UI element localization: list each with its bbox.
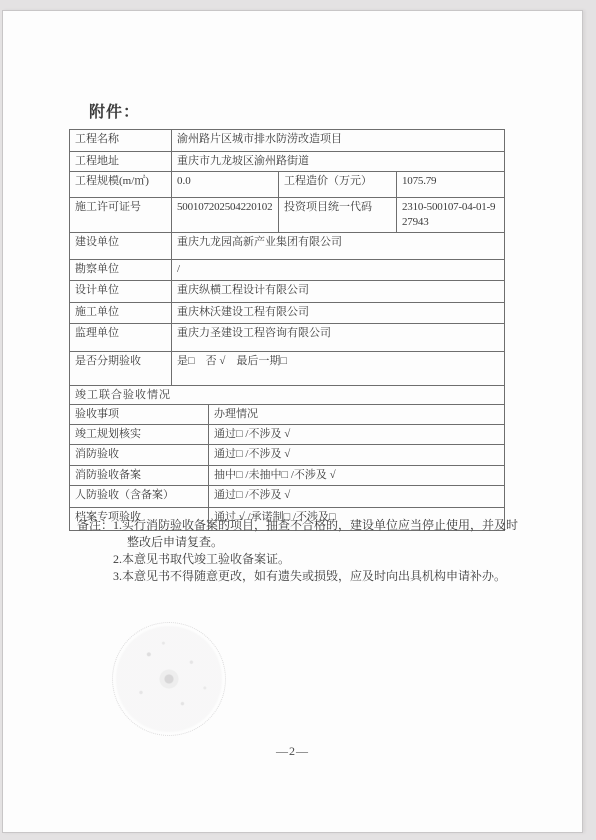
acceptance-item: 人防验收（含备案）	[70, 485, 209, 507]
table-row: 工程规模(m/㎡) 0.0 工程造价（万元） 1075.79	[70, 171, 505, 197]
table-header-row: 验收事项 办理情况	[70, 405, 505, 425]
notes-list: 1.实行消防验收备案的项目，抽查不合格的，建设单位应当停止使用，并及时整改后申请…	[113, 517, 529, 585]
acceptance-status-checkboxes: 通过□ /不涉及 √	[209, 485, 505, 507]
row-label: 工程名称	[70, 130, 172, 152]
row-value: 0.0	[172, 171, 279, 197]
row-label: 设计单位	[70, 280, 172, 302]
note-item: 3.本意见书不得随意更改，如有遗失或损毁，应及时向出具机构申请补办。	[113, 568, 529, 585]
row-label: 是否分期验收	[70, 351, 172, 385]
page-number: —2—	[3, 744, 582, 759]
table-row: 监理单位 重庆力圣建设工程咨询有限公司	[70, 323, 505, 351]
row-value: /	[172, 259, 505, 280]
notes-block: 备注： 1.实行消防验收备案的项目，抽查不合格的，建设单位应当停止使用，并及时整…	[77, 517, 529, 585]
table-row: 工程地址 重庆市九龙坡区渝州路街道	[70, 152, 505, 172]
acceptance-item: 竣工规划核实	[70, 425, 209, 445]
table-row: 设计单位 重庆纵横工程设计有限公司	[70, 280, 505, 302]
row-value: 重庆市九龙坡区渝州路街道	[172, 152, 505, 172]
attachment-label: 附件：	[89, 99, 140, 122]
acceptance-status-checkboxes: 通过□ /不涉及 √	[209, 445, 505, 466]
row-value: 渝州路片区城市排水防涝改造项目	[172, 130, 505, 152]
row-label: 投资项目统一代码	[279, 197, 397, 232]
table-row: 施工单位 重庆林沃建设工程有限公司	[70, 302, 505, 323]
table-row: 人防验收（含备案） 通过□ /不涉及 √	[70, 485, 505, 507]
acceptance-status-checkboxes: 抽中□ /未抽中□ /不涉及 √	[209, 466, 505, 486]
row-label: 工程造价（万元）	[279, 171, 397, 197]
table-row: 消防验收 通过□ /不涉及 √	[70, 445, 505, 466]
table-row: 建设单位 重庆九龙园高新产业集团有限公司	[70, 232, 505, 259]
acceptance-item: 消防验收	[70, 445, 209, 466]
row-value: 重庆纵横工程设计有限公司	[172, 280, 505, 302]
row-label: 勘察单位	[70, 259, 172, 280]
joint-acceptance-section-title: 竣工联合验收情况	[70, 385, 505, 405]
table-row: 施工许可证号 500107202504220102 投资项目统一代码 2310-…	[70, 197, 505, 232]
column-header-status: 办理情况	[209, 405, 505, 425]
column-header-item: 验收事项	[70, 405, 209, 425]
row-label: 施工单位	[70, 302, 172, 323]
acceptance-item: 消防验收备案	[70, 466, 209, 486]
row-label: 施工许可证号	[70, 197, 172, 232]
acceptance-status-checkboxes: 通过□ /不涉及 √	[209, 425, 505, 445]
row-value: 500107202504220102	[172, 197, 279, 232]
table-row: 是否分期验收 是□ 否 √ 最后一期□	[70, 351, 505, 385]
note-item: 1.实行消防验收备案的项目，抽查不合格的，建设单位应当停止使用，并及时整改后申请…	[113, 517, 529, 551]
row-value: 2310-500107-04-01-927943	[397, 197, 505, 232]
row-value: 重庆九龙园高新产业集团有限公司	[172, 232, 505, 259]
phased-acceptance-checkboxes: 是□ 否 √ 最后一期□	[172, 351, 505, 385]
faint-round-seal-stamp	[112, 622, 226, 736]
row-label: 建设单位	[70, 232, 172, 259]
row-value: 重庆力圣建设工程咨询有限公司	[172, 323, 505, 351]
row-value: 重庆林沃建设工程有限公司	[172, 302, 505, 323]
note-item: 2.本意见书取代竣工验收备案证。	[113, 551, 529, 568]
row-label: 工程规模(m/㎡)	[70, 171, 172, 197]
row-label: 监理单位	[70, 323, 172, 351]
table-row: 竣工规划核实 通过□ /不涉及 √	[70, 425, 505, 445]
document-page: 附件： 工程名称 渝州路片区城市排水防涝改造项目 工程地址 重庆市九龙坡区渝州路…	[2, 10, 583, 833]
row-value: 1075.79	[397, 171, 505, 197]
table-row: 工程名称 渝州路片区城市排水防涝改造项目	[70, 130, 505, 152]
row-label: 工程地址	[70, 152, 172, 172]
table-row: 勘察单位 /	[70, 259, 505, 280]
section-title-row: 竣工联合验收情况	[70, 385, 505, 405]
notes-label: 备注：	[77, 517, 113, 585]
project-info-table: 工程名称 渝州路片区城市排水防涝改造项目 工程地址 重庆市九龙坡区渝州路街道 工…	[69, 129, 505, 531]
table-row: 消防验收备案 抽中□ /未抽中□ /不涉及 √	[70, 466, 505, 486]
